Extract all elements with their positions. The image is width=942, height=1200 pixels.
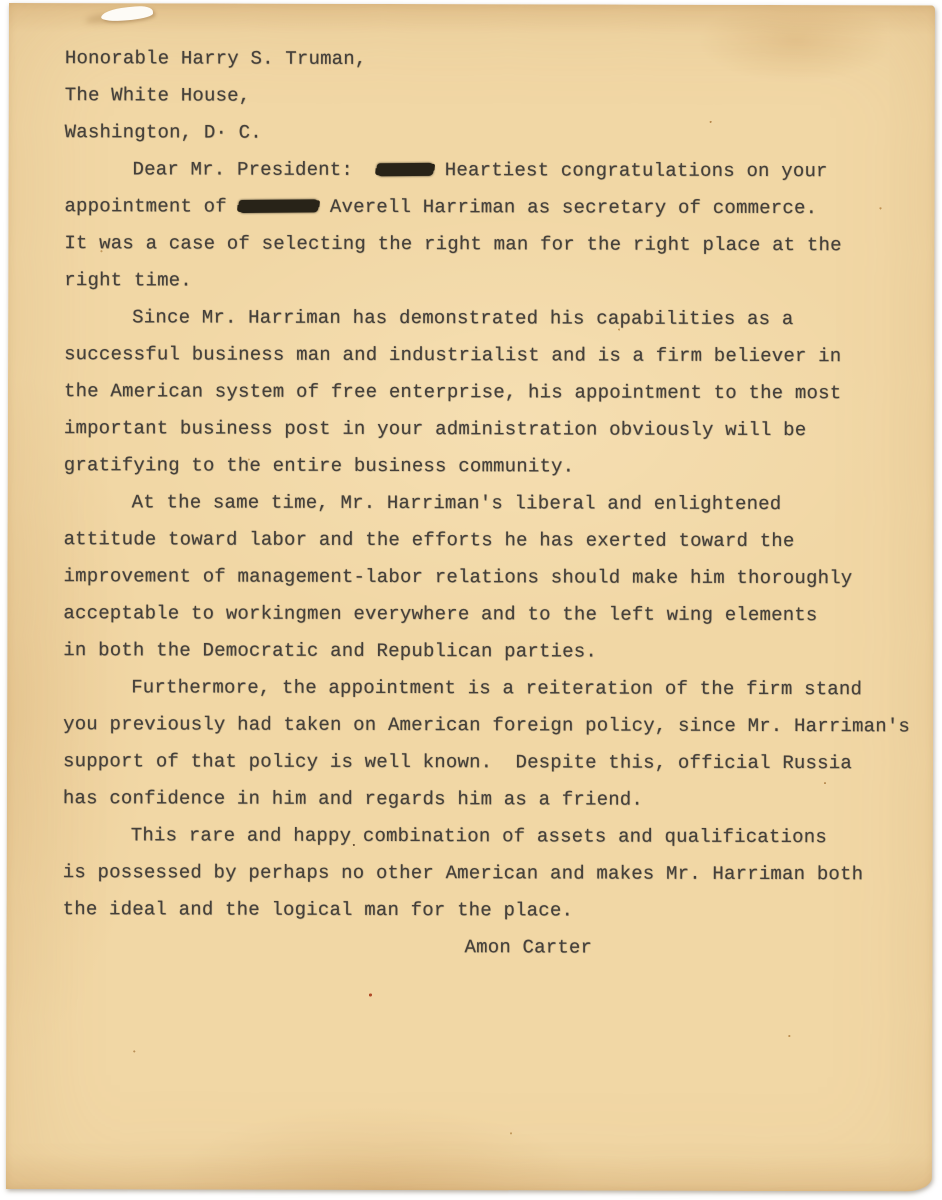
letter-line: This rare and happy combination of asset… (63, 817, 923, 856)
letter-line: in both the Democratic and Republican pa… (63, 632, 923, 671)
letter-line: the American system of free enterprise, … (64, 373, 924, 412)
redaction-mark (376, 163, 434, 176)
letter-line: successful business man and industrialis… (64, 336, 924, 375)
address-line: Honorable Harry S. Truman, (65, 40, 925, 79)
letter-line: right time. (64, 262, 924, 301)
paper-tear (100, 5, 153, 23)
letter-line: you previously had taken on American for… (63, 706, 923, 745)
signature: Amon Carter (464, 929, 922, 967)
letter-line: attitude toward labor and the efforts he… (64, 521, 924, 560)
letter-line: appointment of Averell Harriman as secre… (64, 188, 924, 227)
letter-line: gratifying to the entire business commun… (64, 447, 924, 486)
paragraph: Dear Mr. President: Heartiest congratula… (64, 151, 924, 301)
letter-line: support of that policy is well known. De… (63, 743, 923, 782)
letter-line: Since Mr. Harriman has demonstrated his … (64, 299, 924, 338)
paragraph: Since Mr. Harriman has demonstrated his … (64, 299, 924, 486)
letter-line: Dear Mr. President: Heartiest congratula… (65, 151, 925, 190)
paragraph: This rare and happy combination of asset… (63, 817, 923, 930)
letter-line: has confidence in him and regards him as… (63, 780, 923, 819)
letter-body: Dear Mr. President: Heartiest congratula… (63, 151, 925, 930)
letter-line: Furthermore, the appointment is a reiter… (63, 669, 923, 708)
letter-line: the ideal and the logical man for the pl… (63, 891, 923, 930)
letter-line: is possessed by perhaps no other America… (63, 854, 923, 893)
letter-line: It was a case of selecting the right man… (64, 225, 924, 264)
address-line: The White House, (65, 77, 925, 116)
address-block: Honorable Harry S. Truman,The White Hous… (65, 40, 925, 153)
letter-line: improvement of management-labor relation… (63, 558, 923, 597)
paragraph: At the same time, Mr. Harriman's liberal… (63, 484, 923, 671)
redaction-mark (238, 199, 319, 213)
paragraph: Furthermore, the appointment is a reiter… (63, 669, 923, 819)
letter-line: important business post in your administ… (64, 410, 924, 449)
address-line: Washington, D· C. (65, 114, 925, 153)
scanned-letter-page: Honorable Harry S. Truman,The White Hous… (6, 3, 935, 1191)
letter-line: acceptable to workingmen everywhere and … (63, 595, 923, 634)
letter-line: At the same time, Mr. Harriman's liberal… (64, 484, 924, 523)
letter-content: Honorable Harry S. Truman,The White Hous… (62, 40, 924, 967)
